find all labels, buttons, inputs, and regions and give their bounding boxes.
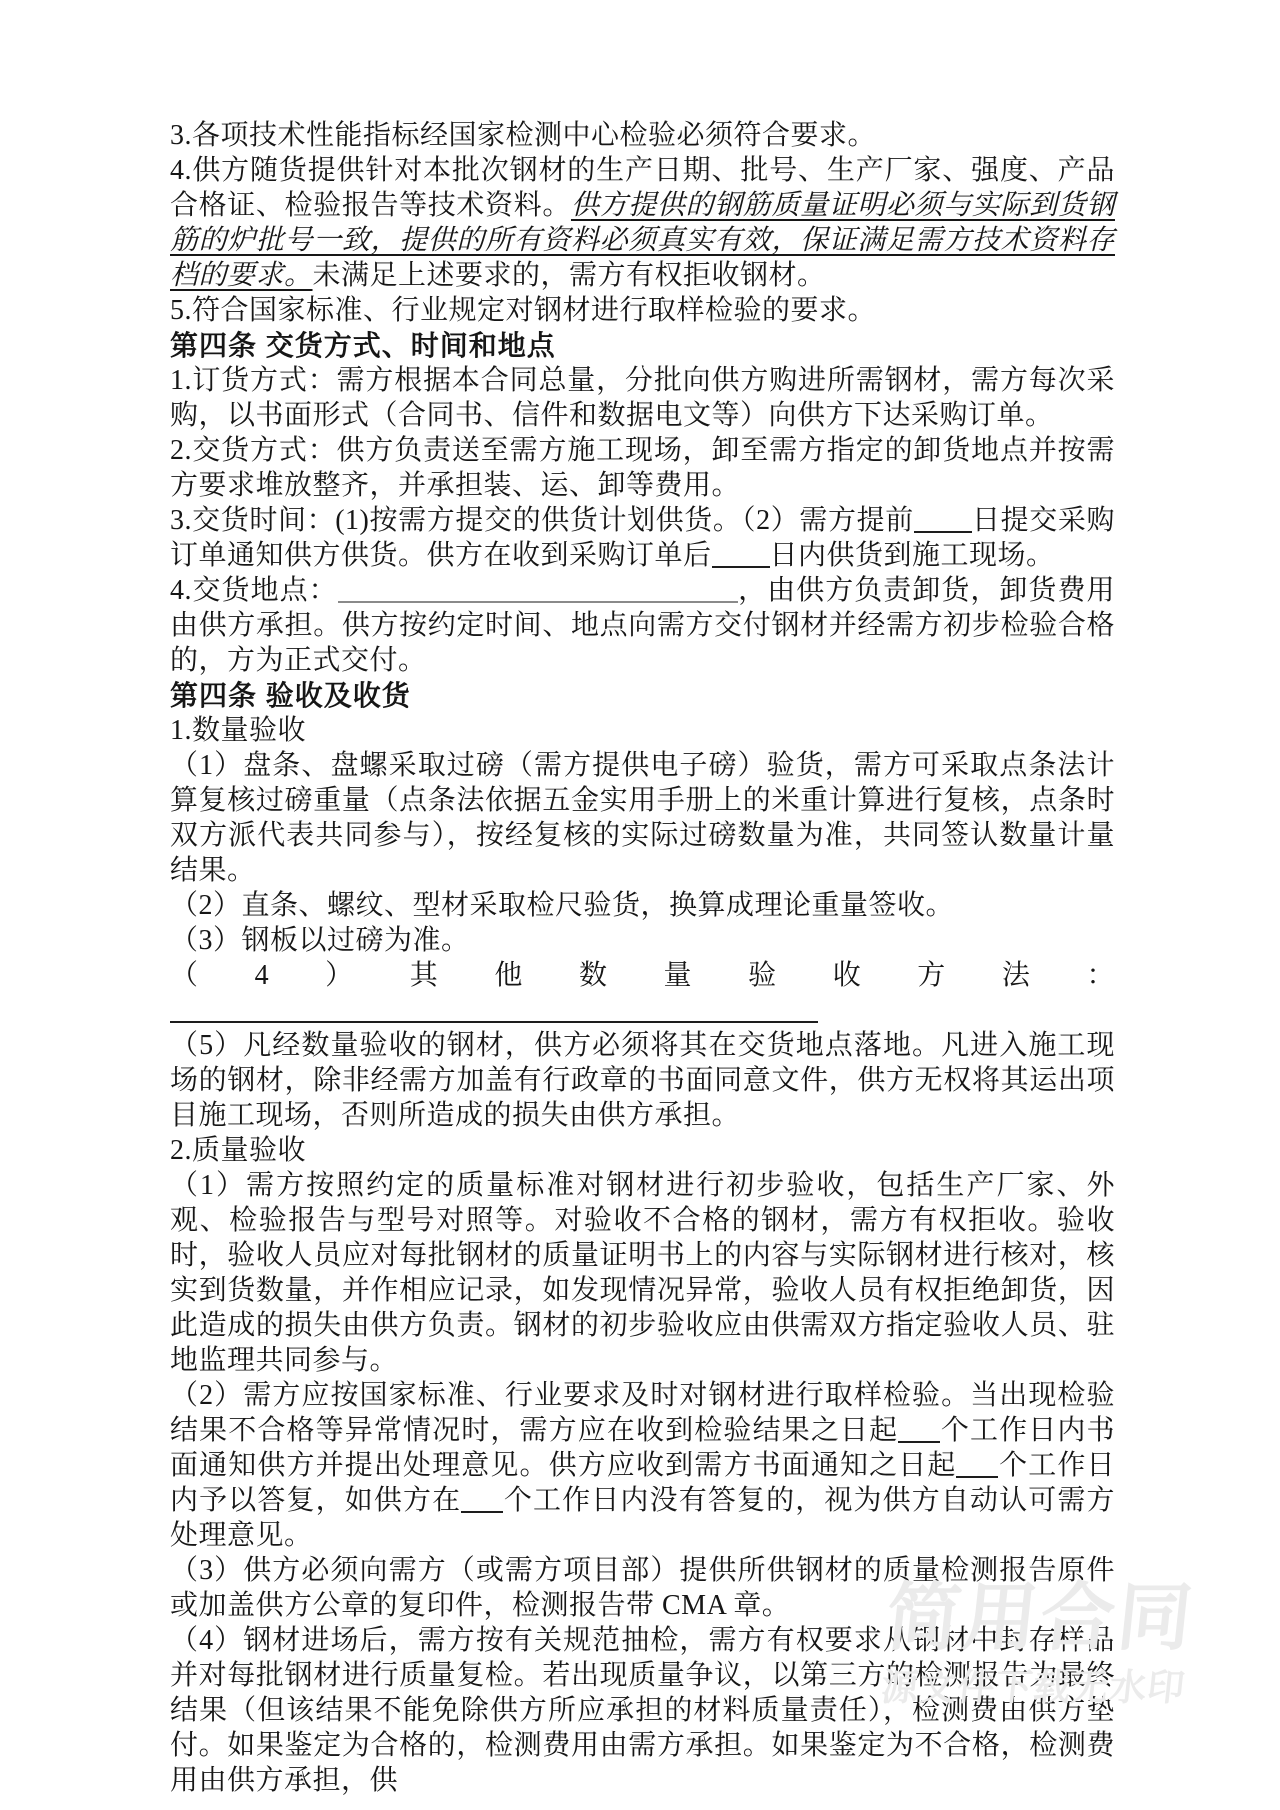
fill-in-blank — [914, 507, 972, 533]
text-run: 2.交货方式：供方负责送至需方施工现场，卸至需方指定的卸货地点并按需方要求堆放整… — [170, 435, 1115, 501]
contract-paragraph: 1.订货方式：需方根据本合同总量，分批向供方购进所需钢材，需方每次采购，以书面形… — [170, 363, 1115, 433]
fill-in-blank — [898, 1417, 940, 1443]
text-run: （4）其他数量验收方法： — [170, 960, 1115, 991]
text-run: 5.符合国家标准、行业规定对钢材进行取样检验的要求。 — [170, 295, 876, 326]
text-run: 3.各项技术性能指标经国家检测中心检验必须符合要求。 — [170, 120, 876, 151]
text-run: 3.交货时间：(1)按需方提交的供货计划供货。（2）需方提前 — [170, 505, 914, 536]
contract-paragraph: 2.质量验收 — [170, 1133, 1115, 1168]
text-run: （5）凡经数量验收的钢材，供方必须将其在交货地点落地。凡进入施工现场的钢材，除非… — [170, 1030, 1115, 1131]
section-heading: 第四条 交货方式、时间和地点 — [170, 328, 1115, 363]
text-run: 日内供货到施工现场。 — [770, 540, 1055, 571]
text-run: 第四条 验收及收货 — [170, 680, 411, 711]
fill-in-blank — [461, 1487, 503, 1513]
fill-in-blank — [712, 542, 770, 568]
contract-paragraph: 2.交货方式：供方负责送至需方施工现场，卸至需方指定的卸货地点并按需方要求堆放整… — [170, 433, 1115, 503]
contract-paragraph: （5）凡经数量验收的钢材，供方必须将其在交货地点落地。凡进入施工现场的钢材，除非… — [170, 1028, 1115, 1133]
text-run: 1.订货方式：需方根据本合同总量，分批向供方购进所需钢材，需方每次采购，以书面形… — [170, 365, 1115, 431]
contract-paragraph: （3）供方必须向需方（或需方项目部）提供所供钢材的质量检测报告原件或加盖供方公章… — [170, 1553, 1115, 1623]
section-heading: 第四条 验收及收货 — [170, 678, 1115, 713]
contract-page: 3.各项技术性能指标经国家检测中心检验必须符合要求。4.供方随货提供针对本批次钢… — [0, 0, 1280, 1810]
fill-in-blank — [170, 997, 818, 1023]
contract-paragraph: 4.供方随货提供针对本批次钢材的生产日期、批号、生产厂家、强度、产品合格证、检验… — [170, 153, 1115, 293]
contract-paragraph: （1）盘条、盘螺采取过磅（需方提供电子磅）验货，需方可采取点条法计算复核过磅重量… — [170, 748, 1115, 888]
text-run: 4.交货地点： — [170, 575, 338, 606]
contract-paragraph: （4）其他数量验收方法： — [170, 958, 1115, 1028]
contract-paragraph: （4）钢材进场后，需方按有关规范抽检，需方有权要求从钢材中封存样品并对每批钢材进… — [170, 1623, 1115, 1798]
contract-paragraph: （2）需方应按国家标准、行业要求及时对钢材进行取样检验。当出现检验结果不合格等异… — [170, 1378, 1115, 1553]
text-run: （1）需方按照约定的质量标准对钢材进行初步验收，包括生产厂家、外观、检验报告与型… — [170, 1170, 1115, 1376]
document-body: 3.各项技术性能指标经国家检测中心检验必须符合要求。4.供方随货提供针对本批次钢… — [170, 118, 1115, 1798]
fill-in-blank — [338, 577, 738, 603]
contract-paragraph: 3.交货时间：(1)按需方提交的供货计划供货。（2）需方提前日提交采购订单通知供… — [170, 503, 1115, 573]
contract-paragraph: 1.数量验收 — [170, 713, 1115, 748]
contract-paragraph: （3）钢板以过磅为准。 — [170, 923, 1115, 958]
contract-paragraph: 3.各项技术性能指标经国家检测中心检验必须符合要求。 — [170, 118, 1115, 153]
contract-paragraph: （1）需方按照约定的质量标准对钢材进行初步验收，包括生产厂家、外观、检验报告与型… — [170, 1168, 1115, 1378]
text-run: 1.数量验收 — [170, 715, 306, 746]
contract-paragraph: （2）直条、螺纹、型材采取检尺验货，换算成理论重量签收。 — [170, 888, 1115, 923]
text-run: 第四条 交货方式、时间和地点 — [170, 330, 556, 361]
fill-in-blank — [956, 1452, 998, 1478]
text-run: 未满足上述要求的，需方有权拒收钢材。 — [313, 260, 826, 291]
contract-paragraph: 5.符合国家标准、行业规定对钢材进行取样检验的要求。 — [170, 293, 1115, 328]
text-run: 2.质量验收 — [170, 1135, 306, 1166]
text-run: （1）盘条、盘螺采取过磅（需方提供电子磅）验货，需方可采取点条法计算复核过磅重量… — [170, 750, 1115, 886]
contract-paragraph: 4.交货地点：，由供方负责卸货，卸货费用由供方承担。供方按约定时间、地点向需方交… — [170, 573, 1115, 678]
text-run: （2）直条、螺纹、型材采取检尺验货，换算成理论重量签收。 — [170, 890, 954, 921]
text-run: （3）钢板以过磅为准。 — [170, 925, 470, 956]
text-run: （3）供方必须向需方（或需方项目部）提供所供钢材的质量检测报告原件或加盖供方公章… — [170, 1555, 1115, 1621]
text-run: （4）钢材进场后，需方按有关规范抽检，需方有权要求从钢材中封存样品并对每批钢材进… — [170, 1625, 1115, 1796]
